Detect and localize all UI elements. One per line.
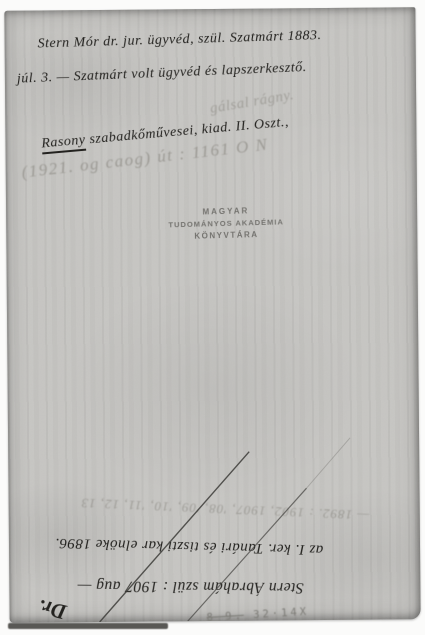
inverted-ink-line-1: az I. ker. Tanári és tiszti kar elnöke 1… (34, 533, 344, 558)
scanned-document-view: Stern Mór dr. jur. ügyvéd, szül. Szatmár… (0, 0, 425, 635)
faint-pencil-scribble: gálsal rágny. (209, 87, 295, 118)
pencil-shelfmark: 8 9. 32·14X (206, 606, 309, 623)
diagonal-stroke-2-faint-tail (306, 438, 350, 488)
inverted-ink-initials: Dr. (35, 593, 69, 622)
library-stamp: MAGYAR TUDOMÁNYOS AKADÉMIA KÖNYVTÁRA (156, 204, 297, 244)
handwritten-ink-line-2: júl. 3. — Szatmárt volt ügyvéd és lapsze… (17, 60, 307, 88)
underlined-entry-name: Rasony (41, 133, 87, 155)
inverted-ink-line-2: Stern Ábrahám szül : 1907 aug — (54, 576, 326, 596)
shelfmark-struck-part: 8 9. (206, 610, 244, 623)
shelfmark-rest: 32·14X (244, 606, 310, 622)
handwritten-ink-line-1: Stern Mór dr. jur. ügyvéd, szül. Szatmár… (37, 28, 321, 52)
page-edge-shadow (8, 623, 168, 629)
scanned-page: Stern Mór dr. jur. ügyvéd, szül. Szatmár… (4, 7, 420, 623)
inverted-pencil-year-list: — 1892. : 1902, 1907, '08, '09, '10, '11… (27, 492, 421, 525)
